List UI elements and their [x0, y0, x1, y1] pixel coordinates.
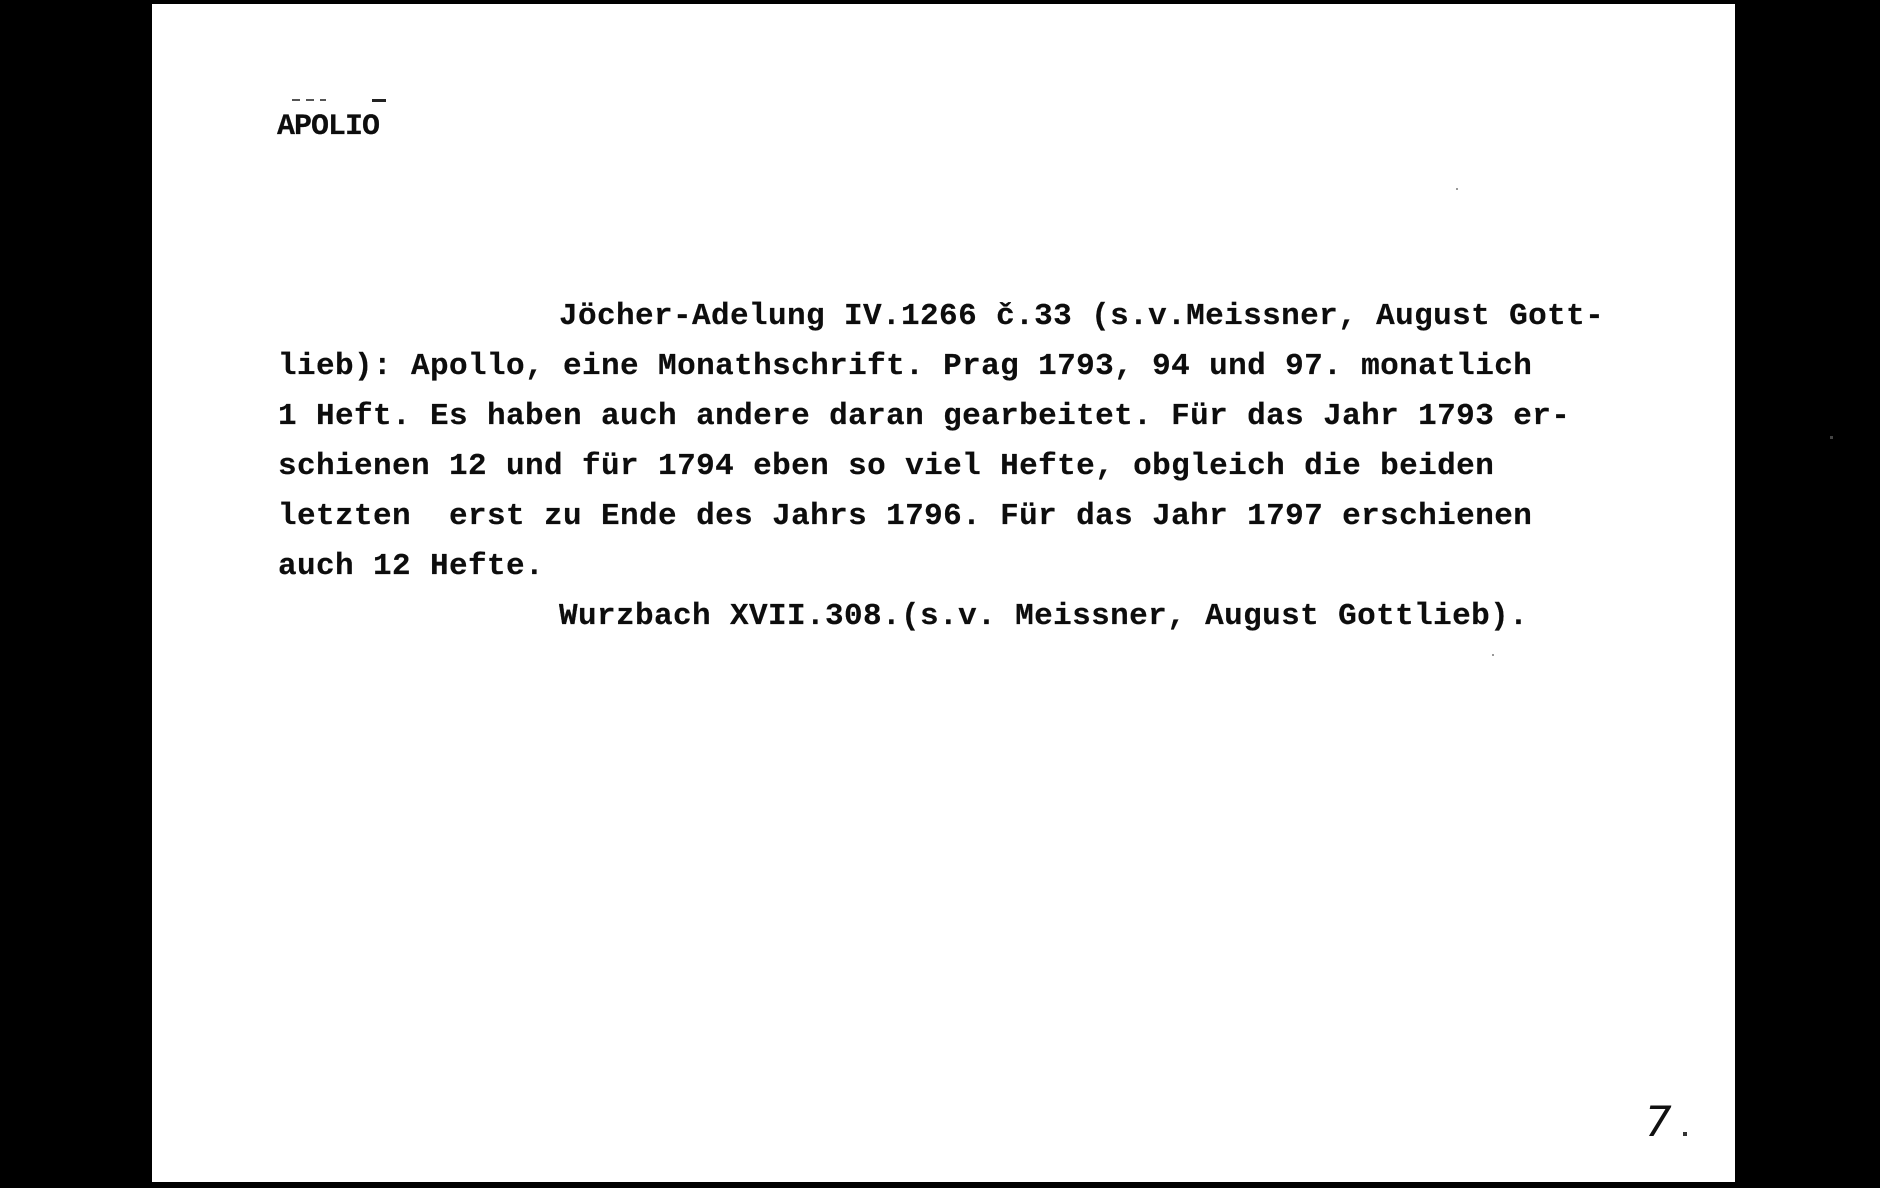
text-line-6: auch 12 Hefte. — [278, 551, 544, 582]
catalog-card: APOLIO Jöcher-Adelung IV.1266 č.33 (s.v.… — [152, 4, 1735, 1182]
reference-line-wurzbach: Wurzbach XVII.308.(s.v. Meissner, August… — [559, 601, 1528, 632]
paper-speck — [1456, 188, 1458, 190]
paper-speck — [1492, 654, 1494, 656]
text-line-3: 1 Heft. Es haben auch andere daran gearb… — [278, 401, 1570, 432]
text-line-4: schienen 12 und für 1794 eben so viel He… — [278, 451, 1494, 482]
heading-underline-marks — [292, 99, 392, 103]
text-line-5: letzten erst zu Ende des Jahrs 1796. Für… — [278, 501, 1532, 532]
text-line-2: lieb): Apollo, eine Monathschrift. Prag … — [278, 351, 1532, 382]
page-number-dot — [1683, 1132, 1687, 1136]
card-heading: APOLIO — [277, 112, 379, 142]
scan-artifact — [1830, 436, 1833, 439]
page-number: 7 — [1645, 1101, 1672, 1143]
text-line-1: Jöcher-Adelung IV.1266 č.33 (s.v.Meissne… — [559, 301, 1604, 332]
